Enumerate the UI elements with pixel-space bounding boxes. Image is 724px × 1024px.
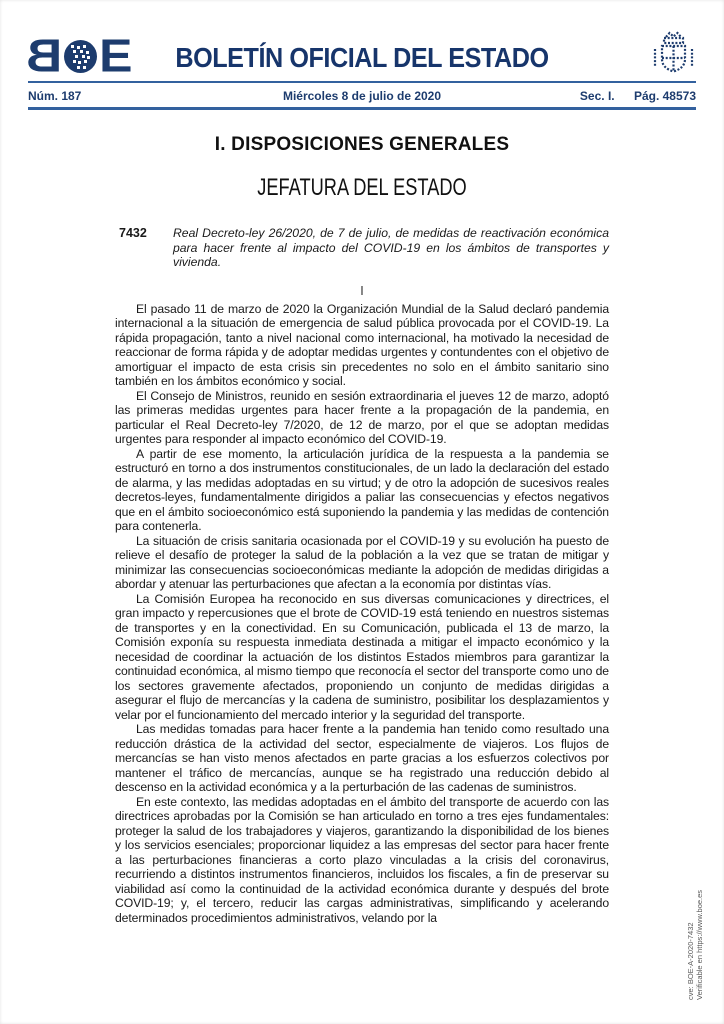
- paragraph: Las medidas tomadas para hacer frente a …: [115, 722, 609, 795]
- cve-code: cve: BOE-A-2020-7432: [686, 835, 695, 1000]
- cve-vertical-sidebar: cve: BOE-A-2020-7432 Verificable en http…: [686, 835, 704, 1000]
- masthead-title: BOLETÍN OFICIAL DEL ESTADO: [36, 42, 688, 74]
- item-number: 7432: [115, 226, 173, 270]
- paragraph: El Consejo de Ministros, reunido en sesi…: [115, 389, 609, 447]
- paragraph: La Comisión Europea ha reconocido en sus…: [115, 592, 609, 723]
- header-rule-thin: [28, 81, 696, 83]
- document-body: I. DISPOSICIONES GENERALES JEFATURA DEL …: [115, 110, 609, 925]
- paragraph: A partir de ese momento, la articulación…: [115, 447, 609, 534]
- disposition-item-head: 7432 Real Decreto-ley 26/2020, de 7 de j…: [115, 226, 609, 270]
- section-page-group: Sec. I. Pág. 48573: [580, 89, 696, 103]
- department-heading: JEFATURA DEL ESTADO: [174, 176, 549, 200]
- paragraph: En este contexto, las medidas adoptadas …: [115, 795, 609, 926]
- part-marker: I: [115, 284, 609, 298]
- section-label: Sec. I.: [580, 89, 615, 103]
- paragraph: La situación de crisis sanitaria ocasion…: [115, 534, 609, 592]
- page-number-label: Pág. 48573: [634, 89, 696, 103]
- item-title: Real Decreto-ley 26/2020, de 7 de julio,…: [173, 226, 609, 270]
- boe-page: B E BOLETÍN OFICIAL DEL ESTADO Núm. 187: [0, 0, 724, 1024]
- cve-verify-url: Verificable en https://www.boe.es: [695, 835, 704, 1000]
- coat-of-arms-icon: [650, 30, 696, 85]
- page-header: B E BOLETÍN OFICIAL DEL ESTADO Núm. 187: [0, 0, 724, 110]
- paragraph: El pasado 11 de marzo de 2020 la Organiz…: [115, 302, 609, 389]
- section-heading: I. DISPOSICIONES GENERALES: [115, 135, 609, 154]
